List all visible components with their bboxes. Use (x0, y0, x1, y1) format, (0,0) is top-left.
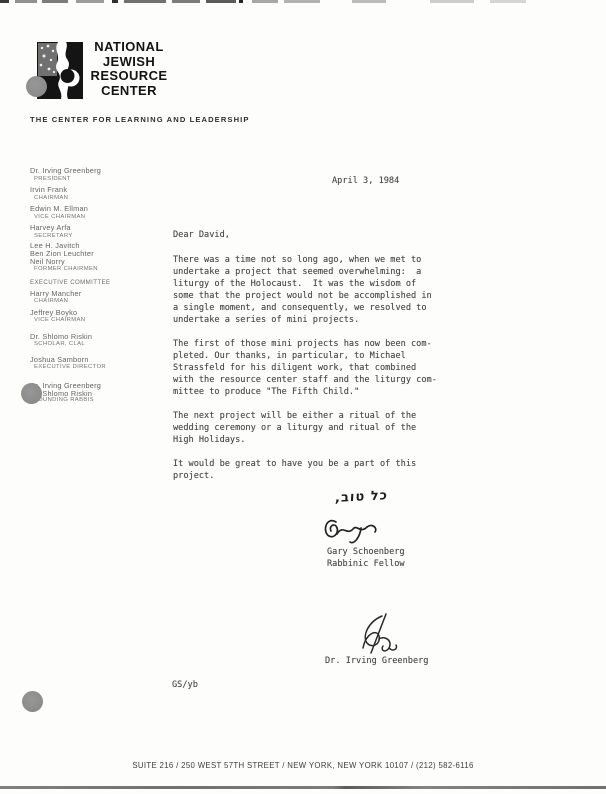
sidebar-name: Edwin M. Ellman (30, 204, 88, 213)
sidebar-section-header: EXECUTIVE COMMITTEE (30, 279, 110, 286)
org-name-line: RESOURCE (87, 69, 171, 84)
greenberg-signature (352, 612, 402, 658)
sidebar-title: SECRETARY (34, 233, 73, 239)
scan-artifact-bottom (0, 786, 606, 789)
sidebar-title: PRESIDENT (34, 176, 71, 182)
hole-punch-middle (21, 383, 42, 404)
sidebar-title: FOUNDING RABBIS (34, 397, 94, 403)
sidebar-title: EXECUTIVE DIRECTOR (34, 364, 106, 370)
org-name-line: NATIONAL (87, 40, 171, 55)
handwritten-hebrew-note: כל טוב, (318, 488, 389, 507)
sidebar-name: Joshua Samborn (30, 355, 89, 364)
letter-paragraph-1: There was a time not so long ago, when w… (173, 254, 432, 326)
sidebar-title: VICE CHAIRMAN (34, 214, 85, 220)
sidebar-name: Neil Norry (30, 257, 65, 266)
sidebar-name: Jeffrey Boyko (30, 308, 77, 317)
sidebar-name: Irvin Frank (30, 185, 67, 194)
org-name: NATIONAL JEWISH RESOURCE CENTER (87, 40, 171, 98)
sidebar-title: FORMER CHAIRMEN (34, 266, 98, 272)
sidebar-title: VICE CHAIRMAN (34, 317, 85, 323)
sidebar-name: Dr. Shlomo Riskin (30, 332, 92, 341)
signer1-name: Gary Schoenberg (327, 546, 405, 558)
footer-address: SUITE 216 / 250 WEST 57TH STREET / NEW Y… (0, 761, 606, 770)
sidebar-name: Harry Mancher (30, 289, 82, 298)
letter-page: NATIONAL JEWISH RESOURCE CENTER THE CENT… (0, 0, 606, 794)
org-name-line: JEWISH (87, 55, 171, 70)
letter-date: April 3, 1984 (332, 175, 399, 187)
letter-paragraph-4: It would be great to have you be a part … (173, 458, 416, 482)
sidebar-title: SCHOLAR, CLAL (34, 341, 85, 347)
gary-signature (320, 514, 384, 548)
signer1-title: Rabbinic Fellow (327, 558, 405, 570)
letter-paragraph-3: The next project will be either a ritual… (173, 410, 416, 446)
org-name-line: CENTER (87, 84, 171, 99)
sidebar-title: CHAIRMAN (34, 195, 68, 201)
signer2-name: Dr. Irving Greenberg (325, 655, 428, 667)
letter-paragraph-2: The first of those mini projects has now… (173, 338, 437, 398)
sidebar-title: CHAIRMAN (34, 298, 68, 304)
hole-punch-bottom (22, 691, 43, 712)
hole-punch-top (26, 76, 47, 97)
org-tagline: THE CENTER FOR LEARNING AND LEADERSHIP (30, 115, 250, 124)
sidebar-name: Dr. Irving Greenberg (30, 166, 101, 175)
sidebar-name: Harvey Arfa (30, 223, 71, 232)
letter-salutation: Dear David, (173, 229, 230, 241)
reference-initials: GS/yb (172, 679, 198, 691)
